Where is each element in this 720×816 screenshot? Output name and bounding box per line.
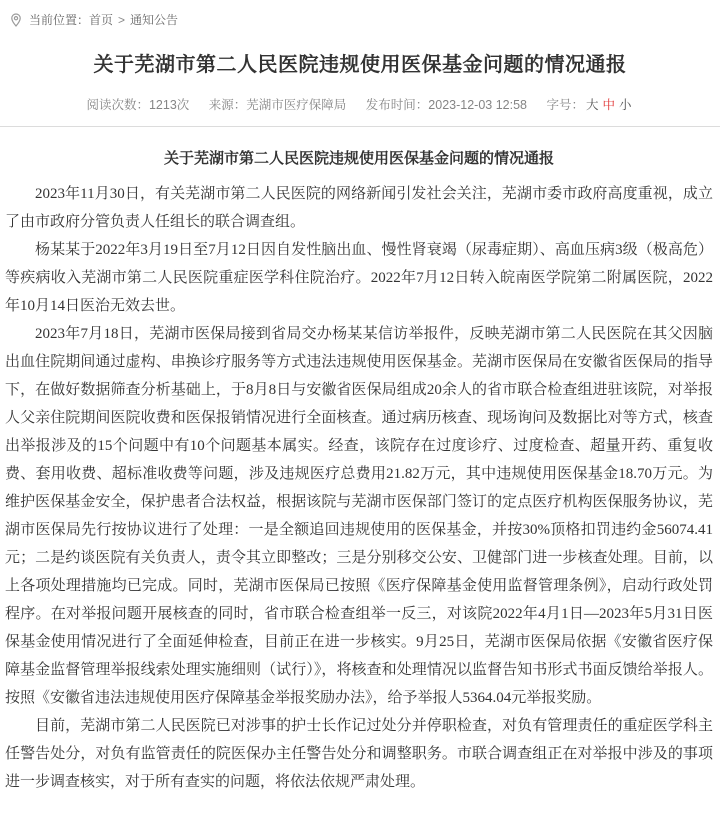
location-pin-icon xyxy=(10,13,22,27)
notice-page: 当前位置： 首页 > 通知公告 关于芜湖市第二人民医院违规使用医保基金问题的情况… xyxy=(0,0,720,816)
views-value: 1213次 xyxy=(149,98,189,112)
article-body-title: 关于芜湖市第二人民医院违规使用医保基金问题的情况通报 xyxy=(5,147,713,168)
publish-time-value: 2023-12-03 12:58 xyxy=(428,98,527,112)
fontsize-large-button[interactable]: 大 xyxy=(586,98,599,112)
article-meta: 阅读次数：1213次 来源：芜湖市医疗保障局 发布时间：2023-12-03 1… xyxy=(0,97,720,113)
breadcrumb-home-link[interactable]: 首页 xyxy=(89,11,113,28)
breadcrumb: 当前位置： 首页 > 通知公告 xyxy=(0,0,720,28)
views-meta: 阅读次数：1213次 xyxy=(86,98,189,112)
source-value: 芜湖市医疗保障局 xyxy=(246,98,346,112)
breadcrumb-separator: > xyxy=(118,13,125,27)
header-divider xyxy=(0,126,720,127)
fontsize-small-button[interactable]: 小 xyxy=(619,98,632,112)
source-label: 来源： xyxy=(209,98,247,112)
fontsize-medium-button[interactable]: 中 xyxy=(603,98,616,112)
article-content: 关于芜湖市第二人民医院违规使用医保基金问题的情况通报 2023年11月30日，有… xyxy=(0,147,720,816)
source-meta: 来源：芜湖市医疗保障局 xyxy=(209,98,347,112)
publish-time-label: 发布时间： xyxy=(366,98,429,112)
paragraph-3: 2023年7月18日，芜湖市医保局接到省局交办杨某某信访举报件，反映芜湖市第二人… xyxy=(5,320,713,712)
views-label: 阅读次数： xyxy=(86,98,149,112)
paragraph-4: 目前，芜湖市第二人民医院已对涉事的护士长作记过处分并停职检查，对负有管理责任的重… xyxy=(5,712,713,796)
breadcrumb-label: 当前位置： xyxy=(29,11,89,28)
breadcrumb-current-link[interactable]: 通知公告 xyxy=(130,11,178,28)
fontsize-control: 字号：大中小 xyxy=(546,98,633,112)
paragraph-1: 2023年11月30日，有关芜湖市第二人民医院的网络新闻引发社会关注，芜湖市委市… xyxy=(5,180,713,236)
fontsize-label: 字号： xyxy=(546,98,584,112)
paragraph-2: 杨某某于2022年3月19日至7月12日因自发性脑出血、慢性肾衰竭（尿毒症期）、… xyxy=(5,236,713,320)
page-title: 关于芜湖市第二人民医院违规使用医保基金问题的情况通报 xyxy=(0,48,720,77)
publish-time-meta: 发布时间：2023-12-03 12:58 xyxy=(366,98,527,112)
